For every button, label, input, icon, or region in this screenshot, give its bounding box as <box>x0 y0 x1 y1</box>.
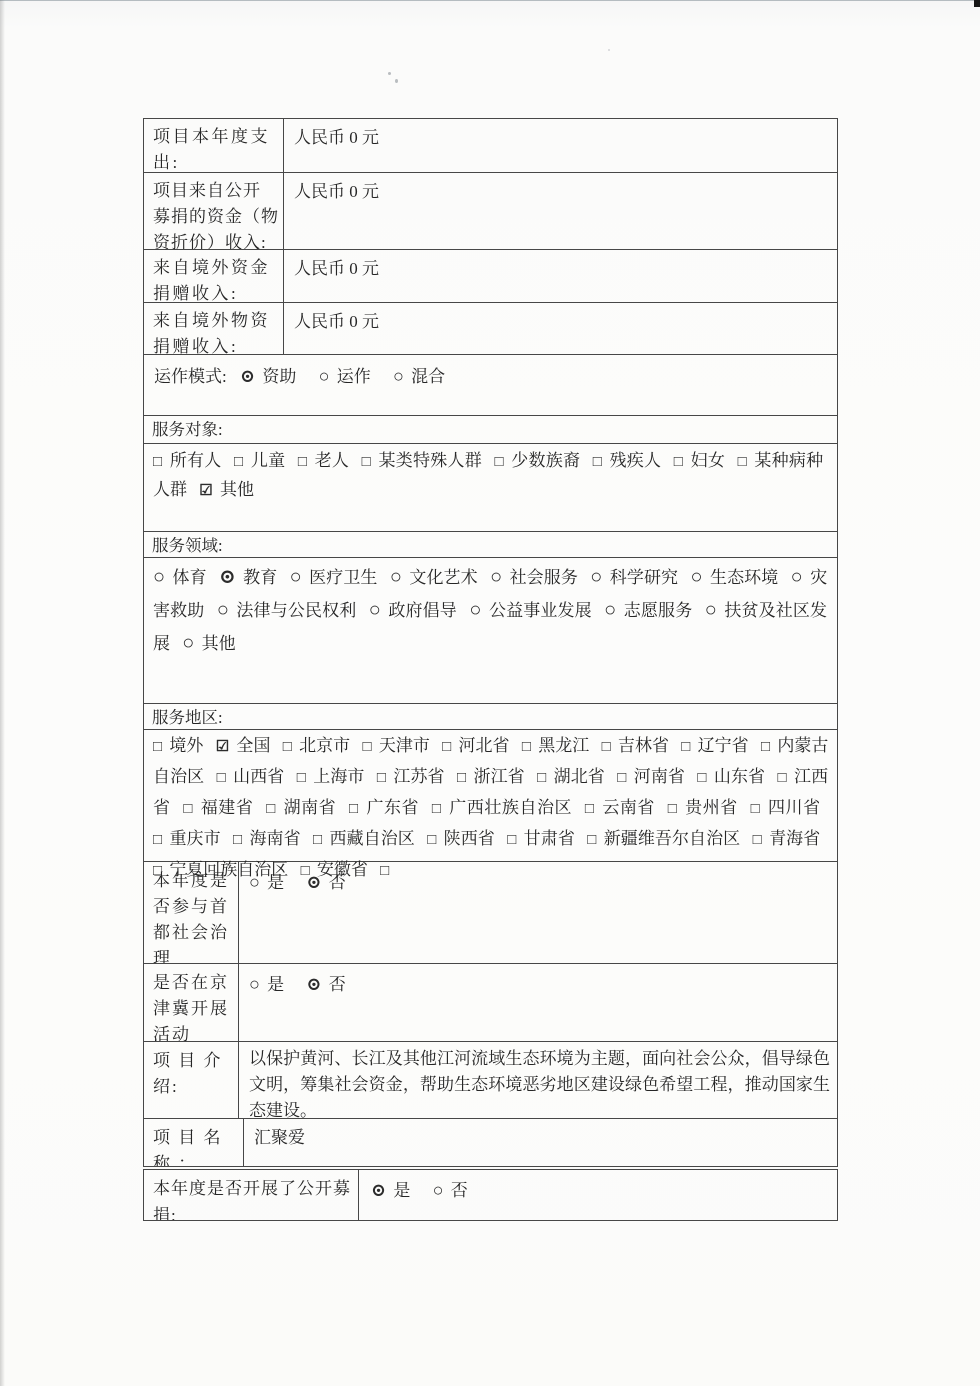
radio-option-label: 社会服务 <box>510 568 578 587</box>
radio-option-label: 否 <box>451 1181 468 1200</box>
radio-option-label: 是 <box>267 975 284 994</box>
scanned-page: 项目本年度支 出: 人民币 0 元 项目来自公开 募捐的资金（物 资折价）收入:… <box>0 0 980 1386</box>
checkbox-unchecked-icon: □ <box>457 770 466 786</box>
checkbox-option[interactable]: □ 江苏省 <box>377 767 445 786</box>
checkbox-unchecked-icon: □ <box>233 832 242 848</box>
radio-option[interactable]: ○ 其他 <box>182 634 235 653</box>
checkbox-option[interactable]: ☑ 全国 <box>216 736 271 755</box>
checkbox-option-label: 湖南省 <box>284 798 337 817</box>
checkbox-option-label: 少数族裔 <box>511 451 580 470</box>
radio-option[interactable]: ○ 志愿服务 <box>604 601 692 620</box>
checkbox-option-label: 山西省 <box>233 767 284 786</box>
checkbox-option[interactable]: □ 天津市 <box>362 736 429 755</box>
checkbox-option[interactable]: □ 四川省 <box>751 798 821 817</box>
checkbox-option-label: 山东省 <box>714 767 765 786</box>
radio-unselected-icon: ○ <box>690 566 702 588</box>
radio-option-label: 运作 <box>337 367 371 386</box>
public-fund-income-value: 人民币 0 元 <box>284 173 837 249</box>
checkbox-option[interactable]: □ 湖北省 <box>537 767 605 786</box>
checkbox-unchecked-icon: □ <box>183 801 193 817</box>
checkbox-option-label: 贵州省 <box>685 798 738 817</box>
capital-social-governance-label: 本年度是 否参与首 都社会治 理 <box>144 862 239 963</box>
radio-unselected-icon: ○ <box>153 566 165 588</box>
service-field-options: ○ 体育 ⊙ 教育 ○ 医疗卫生 ○ 文化艺术 ○ 社会服务 ○ 科学研究 ○ … <box>144 558 837 703</box>
public-fundraising-label: 本年度是否开展了公开募 捐: <box>144 1170 359 1220</box>
radio-selected-icon: ⊙ <box>306 872 321 892</box>
row-public-fund-income: 项目来自公开 募捐的资金（物 资折价）收入: 人民币 0 元 <box>144 172 837 249</box>
checkbox-option-label: 辽宁省 <box>698 736 749 755</box>
radio-option-label: 医疗卫生 <box>309 568 377 587</box>
checkbox-option[interactable]: □ 广东省 <box>349 798 419 817</box>
radio-unselected-icon: ○ <box>590 566 602 588</box>
radio-option[interactable]: ⊙ 是 <box>371 1181 410 1200</box>
checkbox-option-label: 儿童 <box>251 451 286 470</box>
jing-jin-ji-activity-label: 是否在京 津冀开展 活动 <box>144 964 239 1041</box>
public-fund-income-label: 项目来自公开 募捐的资金（物 资折价）收入: <box>144 173 284 249</box>
radio-option[interactable]: ○ 公益事业发展 <box>469 601 591 620</box>
radio-unselected-icon: ○ <box>319 366 330 386</box>
row-overseas-goods-income: 来自境外物资 捐赠收入: 人民币 0 元 <box>144 302 837 354</box>
row-jing-jin-ji-activity: 是否在京 津冀开展 活动 ○ 是 ⊙ 否 <box>144 963 837 1041</box>
checkbox-option[interactable]: □ 青海省 <box>753 829 821 848</box>
radio-unselected-icon: ○ <box>249 974 260 994</box>
checkbox-unchecked-icon: □ <box>153 832 162 848</box>
checkbox-checked-icon: ☑ <box>199 483 212 499</box>
radio-option-label: 其他 <box>202 634 236 653</box>
row-service-target-header: 服务对象: <box>144 415 837 443</box>
checkbox-option[interactable]: □ 少数族裔 <box>494 451 580 470</box>
radio-option[interactable]: ○ 文化艺术 <box>390 568 478 587</box>
scan-artifact <box>608 49 610 51</box>
checkbox-unchecked-icon: □ <box>153 739 162 755</box>
row-annual-expenditure: 项目本年度支 出: 人民币 0 元 <box>144 119 837 172</box>
checkbox-option-label: 西藏自治区 <box>330 829 415 848</box>
project-intro-label: 项 目 介 绍: <box>144 1042 239 1118</box>
checkbox-unchecked-icon: □ <box>432 801 442 817</box>
row-operation-mode: 运作模式: ⊙ 资助 ○ 运作 ○ 混合 <box>144 354 837 415</box>
row-service-field-header: 服务领域: <box>144 531 837 557</box>
checkbox-option[interactable]: □ 西藏自治区 <box>313 829 415 848</box>
checkbox-unchecked-icon: □ <box>617 770 626 786</box>
service-area-header: 服务地区: <box>144 704 837 729</box>
checkbox-unchecked-icon: □ <box>537 770 546 786</box>
checkbox-option[interactable]: □ 残疾人 <box>593 451 662 470</box>
checkbox-unchecked-icon: □ <box>602 739 611 755</box>
scan-corner-artifact <box>974 0 980 7</box>
checkbox-unchecked-icon: □ <box>587 832 596 848</box>
checkbox-option-label: 上海市 <box>313 767 364 786</box>
radio-option-label: 政府倡导 <box>388 601 457 620</box>
radio-unselected-icon: ○ <box>469 599 481 621</box>
checkbox-unchecked-icon: □ <box>697 770 706 786</box>
checkbox-unchecked-icon: □ <box>442 739 451 755</box>
checkbox-option[interactable]: □ 某类特殊人群 <box>362 451 482 470</box>
radio-unselected-icon: ○ <box>182 632 194 654</box>
radio-option[interactable]: ○ 是 <box>249 975 284 994</box>
row-public-fundraising: 本年度是否开展了公开募 捐: ⊙ 是 ○ 否 <box>144 1170 837 1220</box>
project-intro-value: 以保护黄河、长江及其他江河流域生态环境为主题，面向社会公众，倡导绿色文明，筹集社… <box>239 1042 837 1118</box>
checkbox-option-label: 云南省 <box>602 798 655 817</box>
radio-option-label: 公益事业发展 <box>489 601 592 620</box>
checkbox-option-label: 广西壮族自治区 <box>449 798 572 817</box>
radio-option[interactable]: ○ 体育 <box>153 568 207 587</box>
checkbox-option-label: 陕西省 <box>444 829 495 848</box>
checkbox-option-label: 江苏省 <box>393 767 444 786</box>
radio-option[interactable]: ○ 混合 <box>393 367 445 386</box>
checkbox-unchecked-icon: □ <box>297 770 306 786</box>
radio-option-label: 志愿服务 <box>624 601 693 620</box>
radio-option[interactable]: ○ 否 <box>433 1181 468 1200</box>
checkbox-checked-icon: ☑ <box>216 739 229 755</box>
checkbox-unchecked-icon: □ <box>593 454 602 470</box>
checkbox-option-label: 福建省 <box>201 798 254 817</box>
radio-option-label: 是 <box>267 873 284 892</box>
checkbox-unchecked-icon: □ <box>427 832 436 848</box>
checkbox-option-label: 所有人 <box>170 451 222 470</box>
service-field-header: 服务领域: <box>144 532 837 557</box>
radio-option[interactable]: ○ 社会服务 <box>490 568 578 587</box>
radio-unselected-icon: ○ <box>604 599 616 621</box>
scan-edge-top <box>0 0 980 1</box>
checkbox-option-label: 境外 <box>169 736 203 755</box>
row-project-name: 项 目 名 称 ： 汇聚爱 <box>144 1118 837 1166</box>
public-fundraising-table: 本年度是否开展了公开募 捐: ⊙ 是 ○ 否 <box>143 1169 838 1221</box>
radio-selected-icon: ⊙ <box>306 974 321 994</box>
radio-selected-icon: ⊙ <box>240 366 255 386</box>
radio-option[interactable]: ○ 法律与公民权利 <box>217 601 357 620</box>
radio-option[interactable]: ⊙ 否 <box>306 975 345 994</box>
checkbox-unchecked-icon: □ <box>585 801 595 817</box>
checkbox-option[interactable]: □ 甘肃省 <box>507 829 575 848</box>
project-annual-report-table: 项目本年度支 出: 人民币 0 元 项目来自公开 募捐的资金（物 资折价）收入:… <box>143 118 838 1167</box>
jing-jin-ji-activity-options: ○ 是 ⊙ 否 <box>239 964 837 1041</box>
radio-option-label: 生态环境 <box>710 568 778 587</box>
radio-option[interactable]: ○ 运作 <box>319 367 371 386</box>
radio-selected-icon: ⊙ <box>371 1180 386 1200</box>
checkbox-option-label: 妇女 <box>691 451 726 470</box>
row-overseas-fund-income: 来自境外资金 捐赠收入: 人民币 0 元 <box>144 249 837 302</box>
overseas-fund-income-value: 人民币 0 元 <box>284 250 837 302</box>
row-service-target-options: □ 所有人 □ 儿童 □ 老人 □ 某类特殊人群 □ 少数族裔 □ 残疾人 □ … <box>144 443 837 531</box>
checkbox-unchecked-icon: □ <box>153 454 162 470</box>
checkbox-option[interactable]: □ 吉林省 <box>602 736 669 755</box>
checkbox-option[interactable]: □ 福建省 <box>183 798 253 817</box>
checkbox-option[interactable]: □ 河南省 <box>617 767 685 786</box>
project-name-value: 汇聚爱 <box>244 1119 837 1166</box>
checkbox-option[interactable]: □ 湖南省 <box>266 798 336 817</box>
radio-option-label: 是 <box>393 1181 410 1200</box>
radio-unselected-icon: ○ <box>705 599 717 621</box>
row-project-intro: 项 目 介 绍: 以保护黄河、长江及其他江河流域生态环境为主题，面向社会公众，倡… <box>144 1041 837 1118</box>
annual-expenditure-label: 项目本年度支 出: <box>144 119 284 172</box>
checkbox-option[interactable]: □ 妇女 <box>674 451 725 470</box>
radio-option[interactable]: ○ 政府倡导 <box>369 601 457 620</box>
checkbox-unchecked-icon: □ <box>217 770 226 786</box>
checkbox-option[interactable]: □ 河北省 <box>442 736 509 755</box>
radio-option-label: 文化艺术 <box>409 568 477 587</box>
checkbox-option[interactable]: □ 儿童 <box>234 451 285 470</box>
radio-unselected-icon: ○ <box>217 599 229 621</box>
checkbox-option[interactable]: □ 所有人 <box>153 451 222 470</box>
radio-unselected-icon: ○ <box>369 599 381 621</box>
checkbox-unchecked-icon: □ <box>283 739 292 755</box>
row-service-area-options: □ 境外 ☑ 全国 □ 北京市 □ 天津市 □ 河北省 □ 黑龙江 □ 吉林省 … <box>144 729 837 861</box>
checkbox-option[interactable]: □ 上海市 <box>297 767 365 786</box>
checkbox-unchecked-icon: □ <box>298 454 307 470</box>
checkbox-option-label: 湖北省 <box>554 767 605 786</box>
radio-unselected-icon: ○ <box>249 872 260 892</box>
radio-option[interactable]: ⊙ 否 <box>306 873 345 892</box>
checkbox-option-label: 其他 <box>220 480 254 499</box>
checkbox-option-label: 甘肃省 <box>524 829 575 848</box>
operation-mode-label: 运作模式: <box>154 367 227 386</box>
radio-unselected-icon: ○ <box>290 566 302 588</box>
checkbox-option[interactable]: □ 老人 <box>298 451 349 470</box>
overseas-fund-income-label: 来自境外资金 捐赠收入: <box>144 250 284 302</box>
public-fundraising-options: ⊙ 是 ○ 否 <box>359 1170 837 1220</box>
checkbox-option[interactable]: □ 贵州省 <box>668 798 738 817</box>
checkbox-option-label: 海南省 <box>249 829 300 848</box>
scan-artifact <box>388 72 391 75</box>
radio-option[interactable]: ⊙ 资助 <box>240 367 296 386</box>
annual-expenditure-value: 人民币 0 元 <box>284 119 837 172</box>
radio-unselected-icon: ○ <box>490 566 502 588</box>
checkbox-unchecked-icon: □ <box>761 739 770 755</box>
checkbox-option-label: 某类特殊人群 <box>378 451 481 470</box>
radio-unselected-icon: ○ <box>791 566 803 588</box>
checkbox-option-label: 河南省 <box>634 767 685 786</box>
checkbox-unchecked-icon: □ <box>494 454 503 470</box>
radio-option-label: 科学研究 <box>610 568 678 587</box>
checkbox-unchecked-icon: □ <box>753 832 762 848</box>
checkbox-option-label: 北京市 <box>299 736 350 755</box>
radio-option[interactable]: ○ 是 <box>249 873 284 892</box>
checkbox-option[interactable]: □ 新疆维吾尔自治区 <box>587 829 740 848</box>
checkbox-option-label: 全国 <box>236 736 270 755</box>
checkbox-unchecked-icon: □ <box>522 739 531 755</box>
checkbox-option[interactable]: □ 山西省 <box>217 767 285 786</box>
radio-option-label: 否 <box>329 873 346 892</box>
checkbox-option[interactable]: □ 陕西省 <box>427 829 495 848</box>
overseas-goods-income-value: 人民币 0 元 <box>284 303 837 354</box>
checkbox-option[interactable]: ☑ 其他 <box>199 480 254 499</box>
service-target-header: 服务对象: <box>144 416 837 443</box>
checkbox-option-label: 广东省 <box>366 798 419 817</box>
operation-mode-cell: 运作模式: ⊙ 资助 ○ 运作 ○ 混合 <box>144 355 837 415</box>
row-service-area-header: 服务地区: <box>144 703 837 729</box>
checkbox-unchecked-icon: □ <box>668 801 678 817</box>
capital-social-governance-options: ○ 是 ⊙ 否 <box>239 862 837 963</box>
radio-option[interactable]: ○ 科学研究 <box>590 568 678 587</box>
row-capital-social-governance: 本年度是 否参与首 都社会治 理 ○ 是 ⊙ 否 <box>144 861 837 963</box>
checkbox-unchecked-icon: □ <box>674 454 683 470</box>
radio-option-label: 资助 <box>262 367 296 386</box>
checkbox-unchecked-icon: □ <box>778 770 787 786</box>
radio-option-label: 混合 <box>411 367 445 386</box>
checkbox-option[interactable]: □ 云南省 <box>585 798 655 817</box>
checkbox-unchecked-icon: □ <box>234 454 243 470</box>
overseas-goods-income-label: 来自境外物资 捐赠收入: <box>144 303 284 354</box>
checkbox-unchecked-icon: □ <box>738 454 747 470</box>
checkbox-option[interactable]: □ 广西壮族自治区 <box>432 798 572 817</box>
radio-option[interactable]: ○ 医疗卫生 <box>290 568 378 587</box>
checkbox-option[interactable]: □ 浙江省 <box>457 767 525 786</box>
service-target-options: □ 所有人 □ 儿童 □ 老人 □ 某类特殊人群 □ 少数族裔 □ 残疾人 □ … <box>144 444 837 531</box>
radio-option[interactable]: ⊙ 教育 <box>219 568 277 587</box>
checkbox-unchecked-icon: □ <box>507 832 516 848</box>
checkbox-unchecked-icon: □ <box>349 801 359 817</box>
checkbox-unchecked-icon: □ <box>313 832 322 848</box>
checkbox-option-label: 黑龙江 <box>538 736 589 755</box>
radio-option-label: 法律与公民权利 <box>236 601 356 620</box>
checkbox-option-label: 老人 <box>315 451 350 470</box>
checkbox-option-label: 四川省 <box>768 798 820 817</box>
checkbox-option-label: 浙江省 <box>474 767 525 786</box>
row-service-field-options: ○ 体育 ⊙ 教育 ○ 医疗卫生 ○ 文化艺术 ○ 社会服务 ○ 科学研究 ○ … <box>144 557 837 703</box>
radio-option-label: 体育 <box>173 568 207 587</box>
checkbox-option[interactable]: □ 重庆市 <box>153 829 221 848</box>
radio-option[interactable]: ○ 生态环境 <box>690 568 778 587</box>
checkbox-option-label: 吉林省 <box>618 736 669 755</box>
checkbox-option[interactable]: □ 辽宁省 <box>681 736 748 755</box>
scan-edge-left <box>0 0 5 1386</box>
service-area-options: □ 境外 ☑ 全国 □ 北京市 □ 天津市 □ 河北省 □ 黑龙江 □ 吉林省 … <box>144 730 837 861</box>
scan-artifact <box>395 79 398 83</box>
checkbox-option[interactable]: □ 黑龙江 <box>522 736 589 755</box>
radio-unselected-icon: ○ <box>393 366 404 386</box>
project-name-label: 项 目 名 称 ： <box>144 1119 244 1166</box>
radio-unselected-icon: ○ <box>433 1180 444 1200</box>
checkbox-option[interactable]: □ 境外 <box>153 736 203 755</box>
checkbox-unchecked-icon: □ <box>266 801 276 817</box>
checkbox-option-label: 重庆市 <box>169 829 220 848</box>
radio-selected-icon: ⊙ <box>219 566 236 588</box>
checkbox-unchecked-icon: □ <box>377 770 386 786</box>
checkbox-option[interactable]: □ 山东省 <box>697 767 765 786</box>
operation-mode-options: ⊙ 资助 ○ 运作 ○ 混合 <box>240 367 463 386</box>
checkbox-unchecked-icon: □ <box>362 739 371 755</box>
checkbox-option-label: 天津市 <box>379 736 430 755</box>
radio-unselected-icon: ○ <box>390 566 402 588</box>
checkbox-option-label: 青海省 <box>769 829 820 848</box>
radio-option-label: 教育 <box>243 568 277 587</box>
radio-option-label: 否 <box>329 975 346 994</box>
checkbox-option-label: 河北省 <box>459 736 510 755</box>
checkbox-option[interactable]: □ 海南省 <box>233 829 301 848</box>
checkbox-option-label: 残疾人 <box>610 451 662 470</box>
checkbox-option[interactable]: □ 北京市 <box>283 736 350 755</box>
checkbox-unchecked-icon: □ <box>751 801 761 817</box>
checkbox-option-label: 新疆维吾尔自治区 <box>604 829 741 848</box>
checkbox-unchecked-icon: □ <box>362 454 371 470</box>
checkbox-unchecked-icon: □ <box>681 739 690 755</box>
